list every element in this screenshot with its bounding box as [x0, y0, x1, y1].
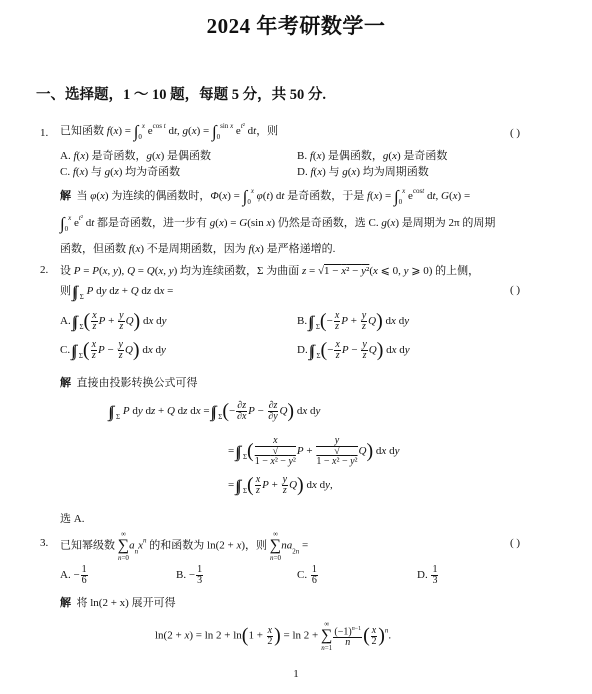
solution-intro: 解 直接由投影转换公式可得 — [60, 374, 198, 390]
answer-choice: 选 A. — [60, 510, 84, 526]
question-stem: 已知函数 f(x) = ∫0x ecos t dt, g(x) = ∫0sin … — [60, 122, 278, 142]
page-title: 2024 年考研数学一 — [0, 10, 592, 40]
derivation-line-1: ∫∫Σ P dy dz + Q dz dx = ∫∫Σ(−∂z∂xP − ∂z∂… — [110, 400, 320, 423]
question-number: 2. — [40, 264, 48, 276]
option-a: A. f(x) 是奇函数，g(x) 是偶函数 — [60, 147, 211, 163]
option-d: D. f(x) 与 g(x) 均为周期函数 — [297, 163, 429, 179]
page-number: 1 — [0, 668, 592, 680]
derivation-line-2: = ∫∫Σ(x√1 − x² − y²P + y√1 − x² − y²Q) d… — [228, 436, 399, 467]
option-c: C. ∫∫Σ(xzP − yzQ) dx dy — [60, 339, 166, 362]
option-a: A. −16 — [60, 565, 89, 586]
question-stem-line-1: 设 P = P(x, y), Q = Q(x, y) 均为连续函数，Σ 为曲面 … — [60, 262, 479, 278]
option-c: C. 16 — [297, 565, 319, 586]
option-d: D. 13 — [417, 565, 439, 586]
solution-line-1: 解 当 φ(x) 为连续的偶函数时，Φ(x) = ∫0x φ(t) dt 是奇函… — [60, 187, 470, 207]
answer-bracket: ( ) — [510, 537, 520, 549]
option-d: D. ∫∫Σ(−xzP − yzQ) dx dy — [297, 339, 410, 362]
solution-line-3: 函数，但函数 f(x) 不是周期函数，因为 f(x) 是严格递增的. — [60, 240, 335, 256]
option-b: B. −13 — [176, 565, 204, 586]
expansion-formula: ln(2 + x) = ln 2 + ln(1 + x2) = ln 2 + ∞… — [155, 620, 391, 652]
option-c: C. f(x) 与 g(x) 均为奇函数 — [60, 163, 180, 179]
question-stem-line-2: 则 ∫∫Σ P dy dz + Q dz dx = — [60, 282, 173, 302]
section-heading: 一、选择题，1 ～ 10 题，每题 5 分，共 50 分. — [36, 83, 326, 104]
derivation-line-3: = ∫∫Σ(xzP + yzQ) dx dy, — [228, 474, 333, 497]
solution-line-2: ∫0x et² dt 都是奇函数，进一步有 g(x) = G(sin x) 仍然… — [60, 214, 495, 234]
question-number: 1. — [40, 127, 48, 139]
answer-bracket: ( ) — [510, 284, 520, 296]
option-b: B. ∫∫Σ(−xzP + yzQ) dx dy — [297, 310, 409, 333]
option-b: B. f(x) 是偶函数，g(x) 是奇函数 — [297, 147, 447, 163]
answer-bracket: ( ) — [510, 127, 520, 139]
solution-intro: 解 将 ln(2 + x) 展开可得 — [60, 594, 176, 610]
question-number: 3. — [40, 537, 48, 549]
option-a: A. ∫∫Σ(xzP + yzQ) dx dy — [60, 310, 166, 333]
question-stem: 已知幂级数 ∞∑n=0anxn 的和函数为 ln(2 + x)，则 ∞∑n=0n… — [60, 530, 308, 562]
